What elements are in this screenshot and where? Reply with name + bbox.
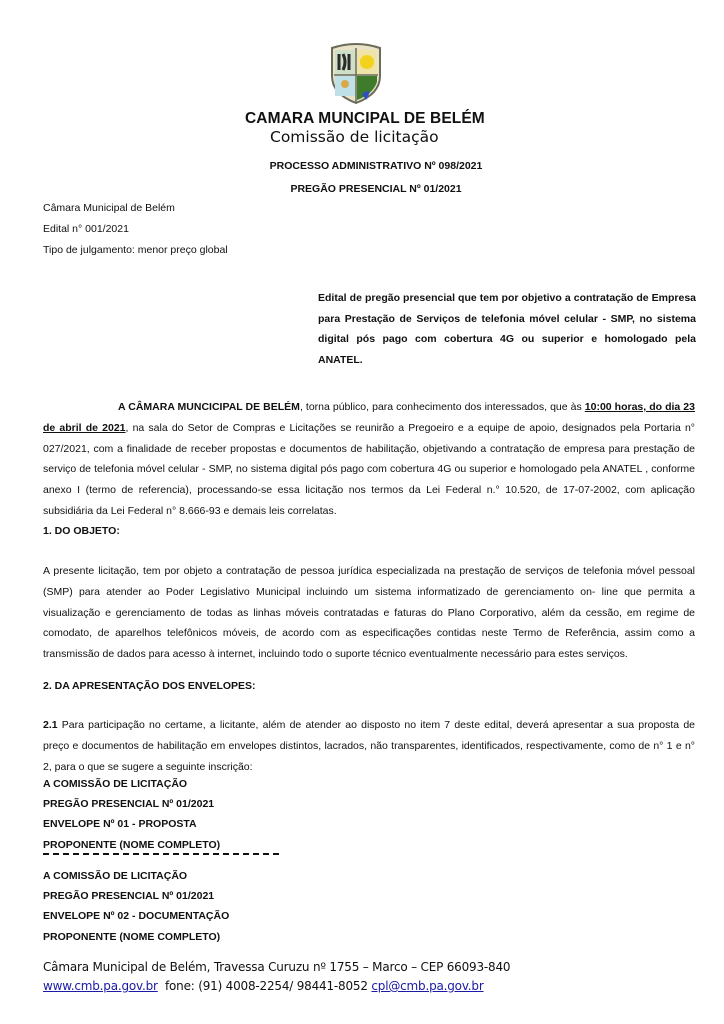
section-1-title: 1. DO OBJETO: — [43, 525, 120, 537]
envelope-separator — [43, 853, 279, 855]
tipo-julgamento-label: Tipo de julgamento: menor preço global — [43, 244, 228, 256]
envelope-line: ENVELOPE Nº 02 - DOCUMENTAÇÃO — [43, 906, 229, 926]
edital-label: Edital n° 001/2021 — [43, 223, 129, 235]
intro-entity: A CÂMARA MUNCICIPAL DE BELÉM — [118, 401, 300, 413]
intro-text-2: , na sala do Setor de Compras e Licitaçõ… — [43, 422, 695, 517]
header-subtitle: Comissão de licitação — [270, 128, 439, 146]
header-title: CAMARA MUNCIPAL DE BELÉM — [245, 110, 485, 128]
envelope-line: PREGÃO PRESENCIAL Nº 01/2021 — [43, 886, 229, 906]
website-link[interactable]: www.cmb.pa.gov.br — [43, 979, 158, 993]
edital-summary: Edital de pregão presencial que tem por … — [318, 288, 696, 370]
item-number: 2.1 — [43, 719, 58, 731]
envelope-line: A COMISSÃO DE LICITAÇÃO — [43, 774, 220, 794]
pregao-number: PREGÃO PRESENCIAL Nº 01/2021 — [14, 183, 724, 195]
coat-of-arms-icon — [328, 42, 384, 104]
orgao-label: Câmara Municipal de Belém — [43, 202, 175, 214]
envelope-line: PROPONENTE (NOME COMPLETO) — [43, 835, 220, 855]
envelope-2-label: A COMISSÃO DE LICITAÇÃO PREGÃO PRESENCIA… — [43, 866, 229, 947]
envelope-line: A COMISSÃO DE LICITAÇÃO — [43, 866, 229, 886]
intro-paragraph: A CÂMARA MUNCICIPAL DE BELÉM, torna públ… — [43, 397, 695, 522]
processo-number: PROCESSO ADMINISTRATIVO Nº 098/2021 — [14, 160, 724, 172]
envelope-line: PROPONENTE (NOME COMPLETO) — [43, 927, 229, 947]
footer-phone: fone: (91) 4008-2254/ 98441-8052 — [165, 979, 368, 993]
envelope-1-label: A COMISSÃO DE LICITAÇÃO PREGÃO PRESENCIA… — [43, 774, 220, 855]
envelope-line: ENVELOPE Nº 01 - PROPOSTA — [43, 814, 220, 834]
section-2-title: 2. DA APRESENTAÇÃO DOS ENVELOPES: — [43, 680, 256, 692]
footer-address: Câmara Municipal de Belém, Travessa Curu… — [43, 958, 510, 977]
item-text: Para participação no certame, a licitant… — [43, 719, 695, 773]
intro-text-1: , torna público, para conhecimento dos i… — [300, 401, 585, 413]
envelope-line: PREGÃO PRESENCIAL Nº 01/2021 — [43, 794, 220, 814]
section-1-text: A presente licitação, tem por objeto a c… — [43, 561, 695, 665]
email-link[interactable]: cpl@cmb.pa.gov.br — [371, 979, 483, 993]
section-2-1-paragraph: 2.1 Para participação no certame, a lici… — [43, 715, 695, 777]
page-footer: Câmara Municipal de Belém, Travessa Curu… — [43, 958, 510, 996]
document-page: CAMARA MUNCIPAL DE BELÉM Comissão de lic… — [0, 0, 724, 1024]
